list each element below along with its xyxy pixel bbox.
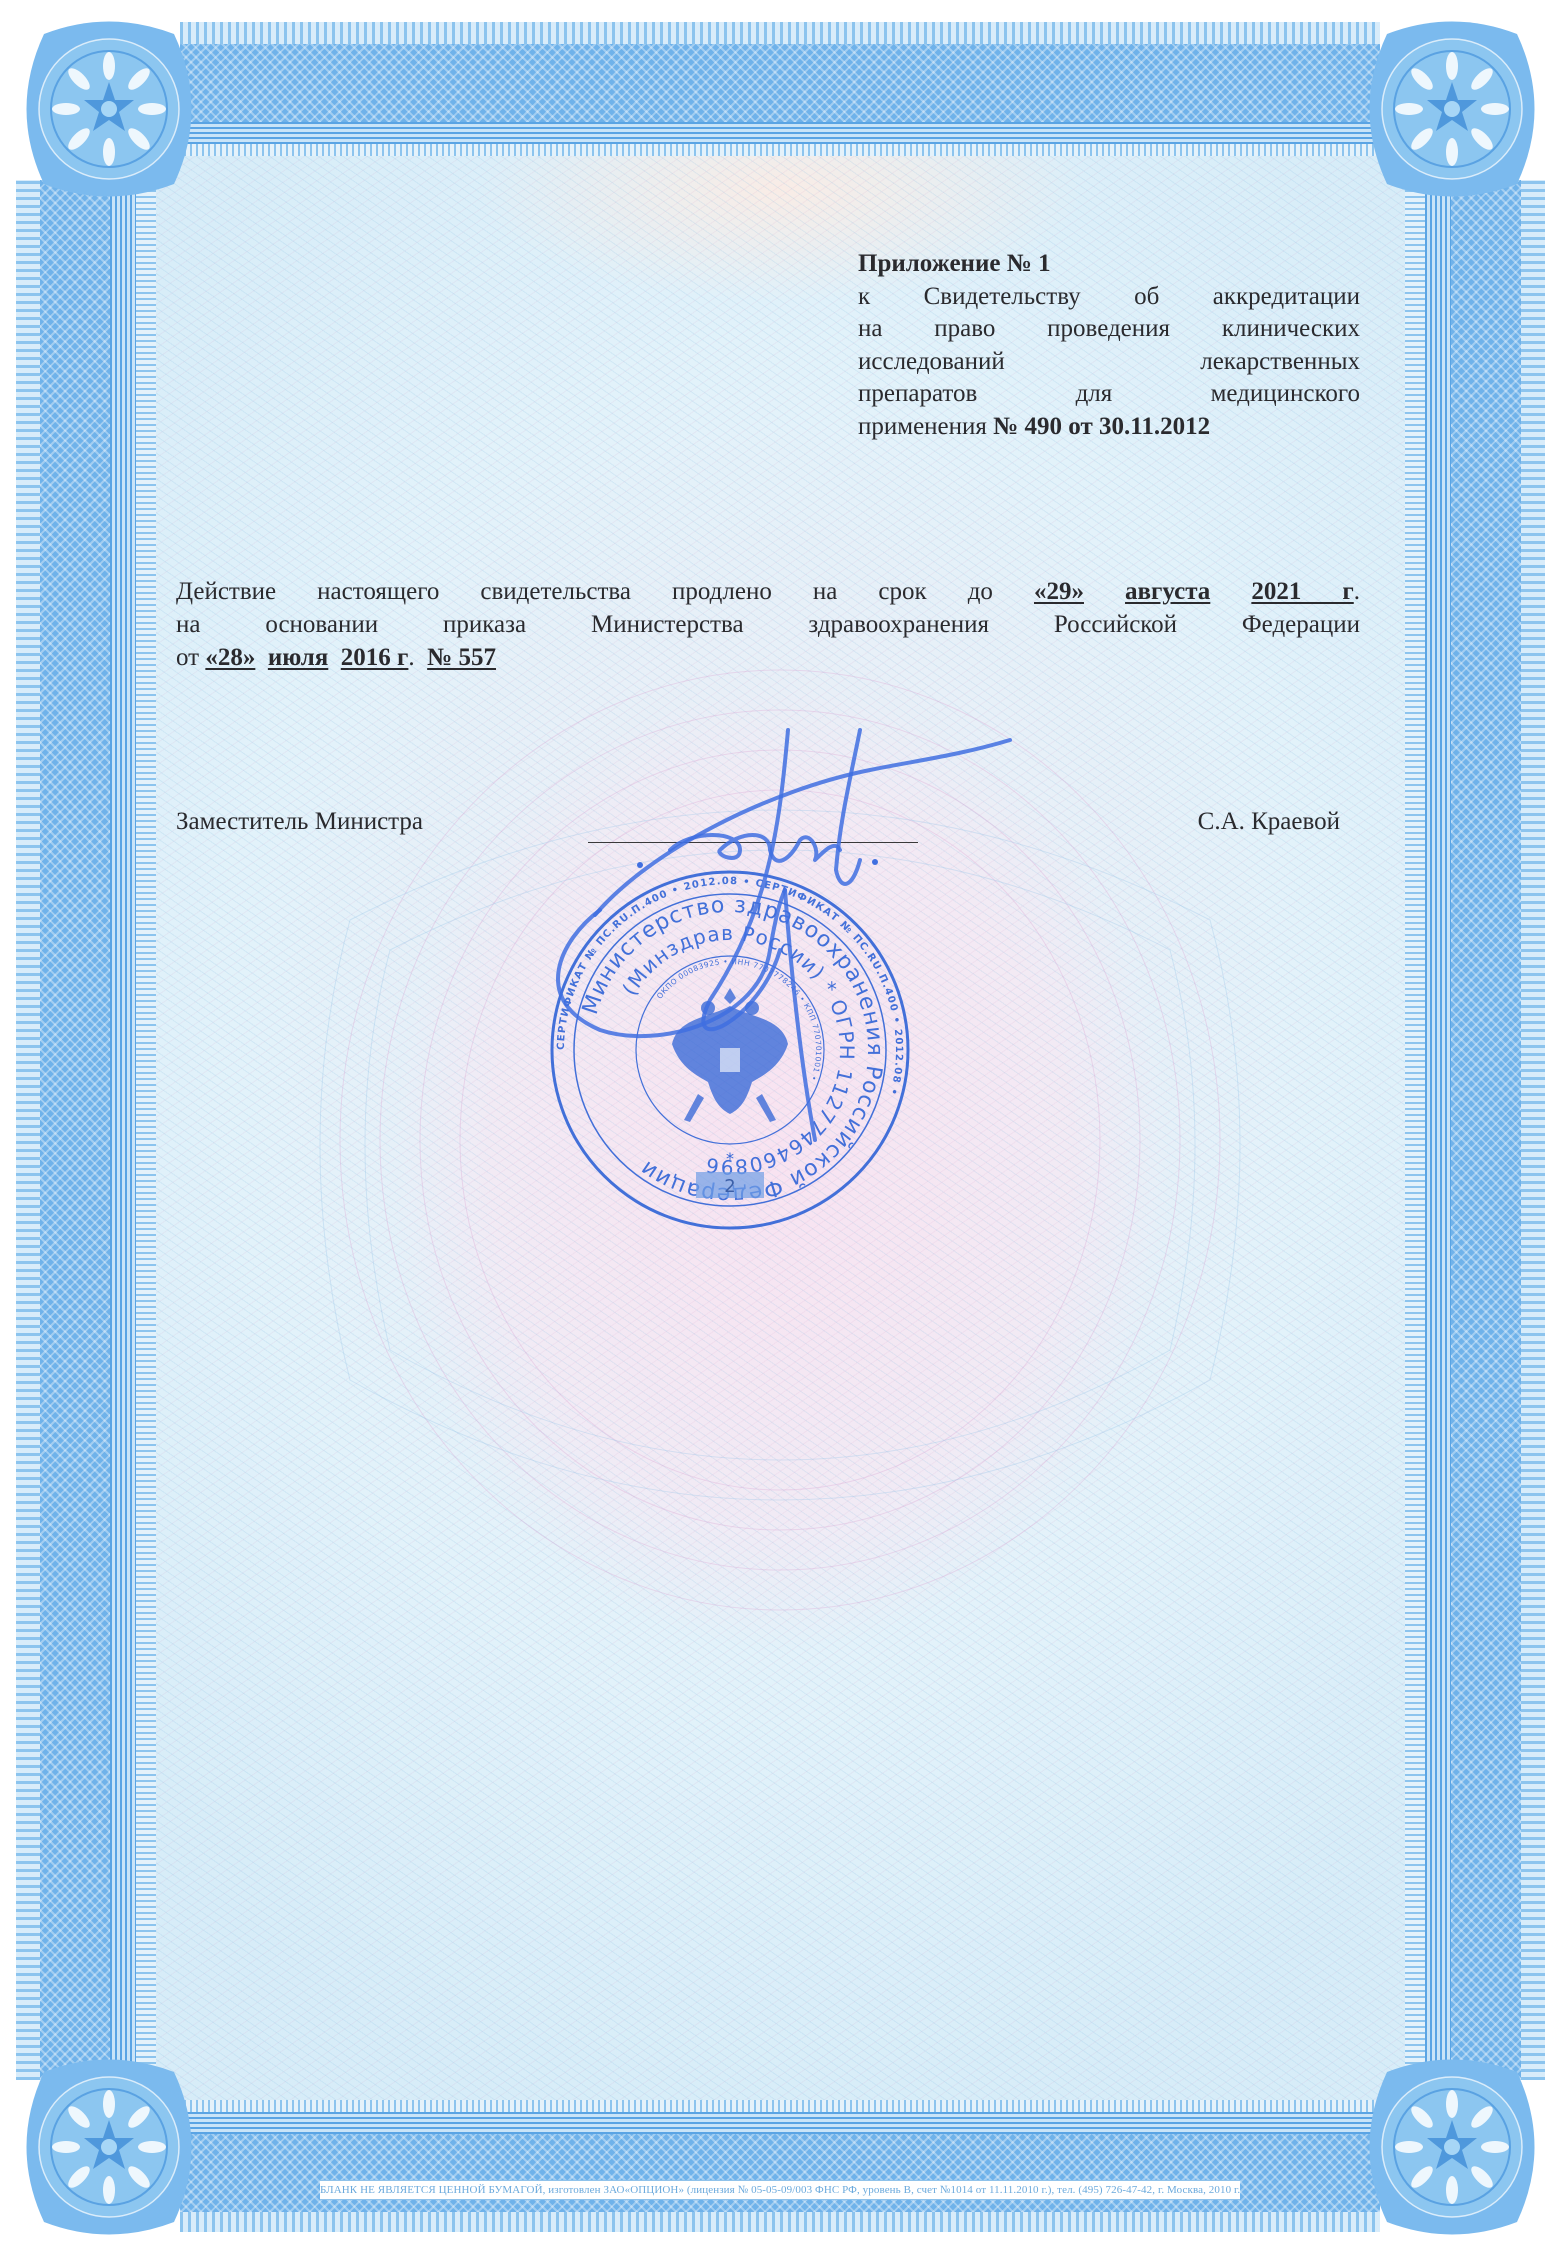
extension-line-3: от «28» июля 2016 г. № 557 (176, 641, 1360, 674)
corner-rosette-top-right (1357, 14, 1547, 204)
corner-rosette-top-left (14, 14, 204, 204)
border-left-pattern (40, 180, 110, 2080)
border-right-rules (1425, 180, 1451, 2080)
certificate-reference: № 490 от 30.11.2012 (993, 413, 1210, 440)
border-top-pattern (180, 44, 1380, 122)
annex-line-2: на право проведения клинических (858, 313, 1360, 346)
annex-line-3: исследований лекарственных (858, 346, 1360, 379)
border-left-inner-fringe (136, 160, 156, 2100)
extension-line-1-suffix: . (1354, 578, 1360, 605)
certificate-sheet: Приложение № 1 к Свидетельству об аккред… (0, 0, 1561, 2257)
border-top-rules (180, 122, 1380, 144)
border-bottom-inner-fringe (160, 2100, 1400, 2112)
extension-line-1: Действие настоящего свидетельства продле… (176, 575, 1360, 608)
order-separator: . (408, 644, 421, 671)
border-right-outer-fringe (1521, 180, 1545, 2080)
signatory-name: С.А. Краевой (1198, 808, 1340, 836)
printer-imprint: БЛАНК НЕ ЯВЛЯЕТСЯ ЦЕННОЙ БУМАГОЙ, изгото… (320, 2180, 1240, 2200)
corner-rosette-bottom-right (1357, 2052, 1547, 2242)
signatory-position: Заместитель Министра (176, 808, 423, 836)
annex-line-4: препаратов для медицинского (858, 378, 1360, 411)
corner-rosette-bottom-left (14, 2052, 204, 2242)
extension-line-1-text: Действие настоящего свидетельства продле… (176, 578, 1034, 605)
border-top-outer-fringe (180, 22, 1380, 44)
extension-paragraph: Действие настоящего свидетельства продле… (176, 575, 1360, 674)
border-right-inner-fringe (1405, 160, 1425, 2100)
order-number: № 557 (427, 644, 496, 671)
annex-line-1: к Свидетельству об аккредитации (858, 281, 1360, 314)
until-day: «29» (1034, 578, 1084, 605)
border-top-inner-fringe (160, 144, 1400, 156)
border-right-pattern (1451, 180, 1521, 2080)
until-year: 2021 г (1251, 578, 1353, 605)
until-month: августа (1125, 578, 1210, 605)
border-left-rules (110, 180, 136, 2080)
annex-header: Приложение № 1 к Свидетельству об аккред… (858, 248, 1360, 443)
annex-line-5-prefix: применения (858, 413, 993, 440)
annex-line-5: применения № 490 от 30.11.2012 (858, 411, 1360, 444)
handwritten-signature (540, 700, 1100, 1200)
order-day: «28» (205, 644, 255, 671)
order-prefix: от (176, 644, 205, 671)
order-month: июля (268, 644, 328, 671)
extension-line-2: на основании приказа Министерства здраво… (176, 608, 1360, 641)
border-bottom-pattern (180, 2134, 1380, 2212)
order-year: 2016 г (341, 644, 409, 671)
annex-title: Приложение № 1 (858, 248, 1360, 281)
border-left-outer-fringe (16, 180, 40, 2080)
border-bottom-rules (180, 2112, 1380, 2134)
border-bottom-outer-fringe (180, 2212, 1380, 2232)
